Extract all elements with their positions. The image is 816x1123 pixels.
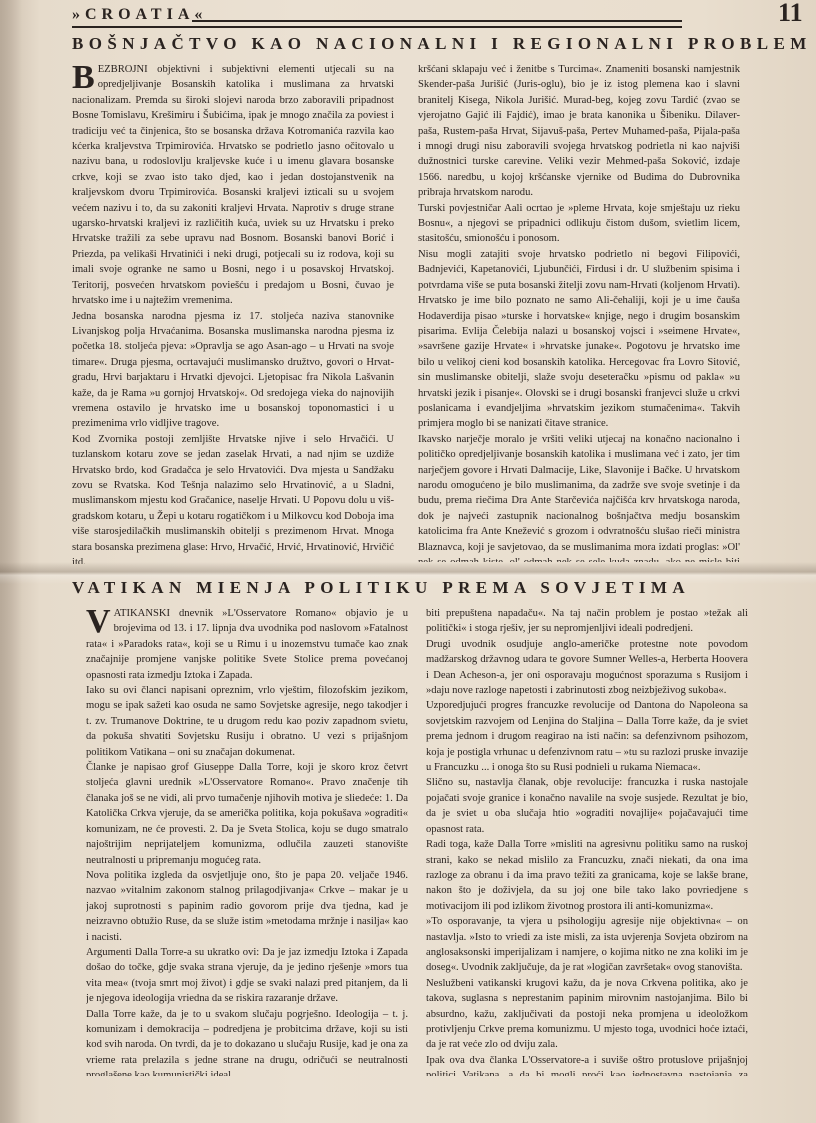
article-1-title: BOŠNJAČTVO KAO NACIONALNI I REGIONALNI P… xyxy=(72,34,742,54)
paragraph-text: Nova politika izgleda da osvjetljuje ono… xyxy=(86,870,408,943)
paragraph: Radi toga, kaže Dalla Torre »misliti na … xyxy=(426,837,748,914)
paragraph-text: kršćani sklapaju već i ženitbe s Turcima… xyxy=(418,64,740,198)
page-header: »CROATIA« 11 xyxy=(72,4,712,30)
paragraph-text: Članke je napisao grof Giuseppe Dalla To… xyxy=(86,762,408,865)
paragraph-text: Turski povjestničar Aali ocrtao je »plem… xyxy=(418,203,740,245)
publication-name: »CROATIA« xyxy=(72,6,207,24)
paragraph: Drugi uvodnik osudjuje anglo-američke pr… xyxy=(426,637,748,699)
paragraph-text: Uzporedjujući progres francuzke revoluci… xyxy=(426,700,748,773)
article-2-column-left: VATIKANSKI dnevnik »L'Osservatore Romano… xyxy=(86,606,408,1076)
article-1-column-left: BEZBROJNI objektivni i subjektivni eleme… xyxy=(72,62,394,564)
paragraph: Neslužbeni vatikanski krugovi kažu, da j… xyxy=(426,976,748,1053)
paragraph: BEZBROJNI objektivni i subjektivni eleme… xyxy=(72,62,394,309)
article-2-title: VATIKAN MIENJA POLITIKU PREMA SOVJETIMA xyxy=(72,578,742,598)
page-number: 11 xyxy=(778,0,803,28)
paragraph-text: Dalla Torre kaže, da je to u svakom sluč… xyxy=(86,1009,408,1076)
header-rule xyxy=(192,20,682,22)
paragraph: »To osporavanje, ta vjera u psihologiju … xyxy=(426,914,748,976)
paragraph-text: Neslužbeni vatikanski krugovi kažu, da j… xyxy=(426,978,748,1051)
paragraph-text: Ipak ova dva članka L'Osservatore-a i su… xyxy=(426,1055,748,1076)
paragraph: Jedna bosanska narodna pjesma iz 17. sto… xyxy=(72,309,394,432)
paragraph: Iako su ovi članci napisani opreznim, vr… xyxy=(86,683,408,760)
paragraph-text: Kod Zvornika postoji zemljište Hrvatske … xyxy=(72,434,394,564)
paragraph: Ipak ova dva članka L'Osservatore-a i su… xyxy=(426,1053,748,1076)
paragraph: Nisu mogli zatajiti svoje hrvatsko podri… xyxy=(418,247,740,432)
paragraph: biti prepuštena napadaču«. Na taj način … xyxy=(426,606,748,637)
paragraph: Dalla Torre kaže, da je to u svakom sluč… xyxy=(86,1007,408,1076)
paragraph: Argumenti Dalla Torre-a su ukratko ovi: … xyxy=(86,945,408,1007)
paragraph: kršćani sklapaju već i ženitbe s Turcima… xyxy=(418,62,740,201)
header-rule-lower xyxy=(72,26,682,28)
paragraph-text: biti prepuštena napadaču«. Na taj način … xyxy=(426,608,748,634)
paragraph-text: Jedna bosanska narodna pjesma iz 17. sto… xyxy=(72,311,394,430)
paragraph: Kod Zvornika postoji zemljište Hrvatske … xyxy=(72,432,394,564)
paragraph-text: »To osporavanje, ta vjera u psihologiju … xyxy=(426,916,748,973)
article-2-column-right: biti prepuštena napadaču«. Na taj način … xyxy=(426,606,748,1076)
paragraph: Slično su, nastavlja članak, obje revolu… xyxy=(426,775,748,837)
paragraph: Turski povjestničar Aali ocrtao je »plem… xyxy=(418,201,740,247)
article-1-column-right: kršćani sklapaju već i ženitbe s Turcima… xyxy=(418,62,740,562)
paragraph: Uzporedjujući progres francuzke revoluci… xyxy=(426,698,748,775)
paragraph-text: Argumenti Dalla Torre-a su ukratko ovi: … xyxy=(86,947,408,1004)
paragraph-text: Iako su ovi članci napisani opreznim, vr… xyxy=(86,685,408,758)
paragraph: Nova politika izgleda da osvjetljuje ono… xyxy=(86,868,408,945)
paragraph: Ikavsko narječje moralo je vršiti veliki… xyxy=(418,432,740,562)
paragraph-text: Nisu mogli zatajiti svoje hrvatsko podri… xyxy=(418,249,740,429)
paragraph: Članke je napisao grof Giuseppe Dalla To… xyxy=(86,760,408,868)
paragraph: VATIKANSKI dnevnik »L'Osservatore Romano… xyxy=(86,606,408,683)
paragraph-text: Drugi uvodnik osudjuje anglo-američke pr… xyxy=(426,639,748,696)
paragraph-text: ATIKANSKI dnevnik »L'Osservatore Romano«… xyxy=(86,608,408,681)
drop-cap: V xyxy=(86,608,111,636)
drop-cap: B xyxy=(72,64,95,92)
paragraph-text: Radi toga, kaže Dalla Torre »misliti na … xyxy=(426,839,748,912)
paragraph-text: EZBROJNI objektivni i subjektivni elemen… xyxy=(72,64,394,306)
paragraph-text: Slično su, nastavlja članak, obje revolu… xyxy=(426,777,748,834)
paragraph-text: Ikavsko narječje moralo je vršiti veliki… xyxy=(418,434,740,562)
newspaper-page: »CROATIA« 11 BOŠNJAČTVO KAO NACIONALNI I… xyxy=(0,0,816,1123)
